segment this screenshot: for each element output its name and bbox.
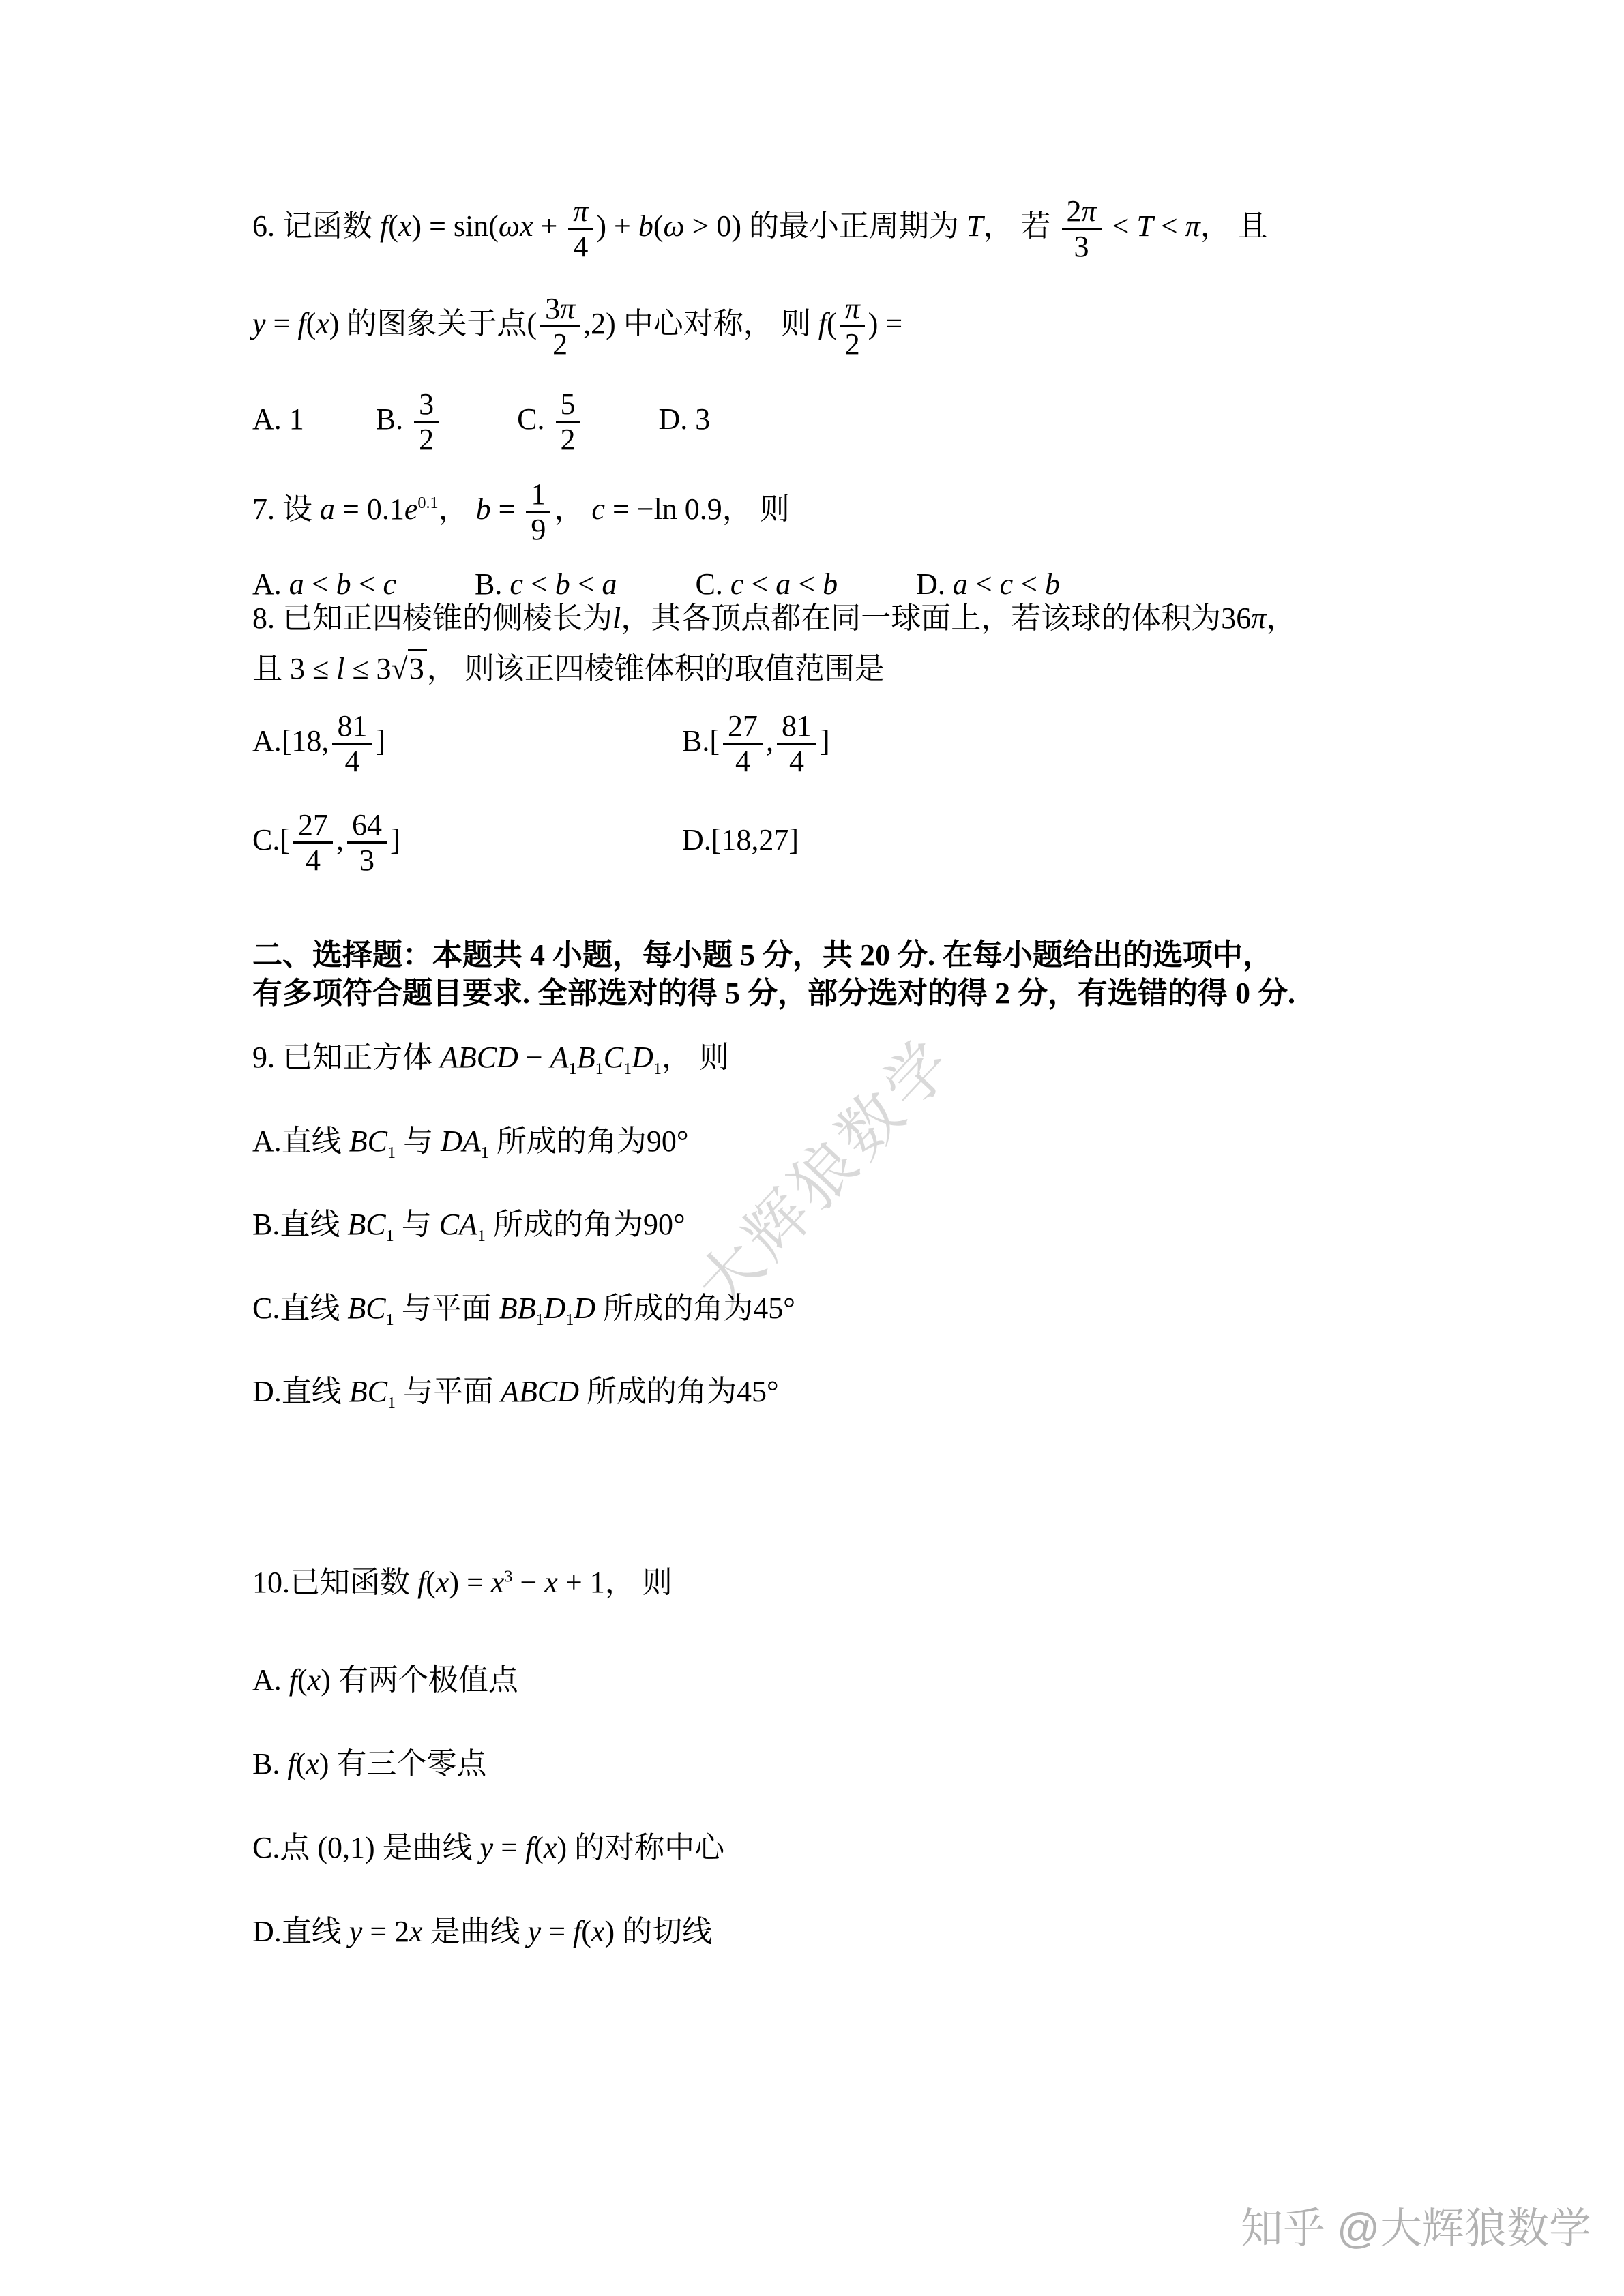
math-text: ， (1266, 601, 1296, 635)
math-text: ] (375, 724, 385, 758)
math-text: < (791, 567, 823, 601)
math-variable: y (349, 1915, 363, 1948)
question-8-line-2: 且 3 ≤ l ≤ 3√3， 则该正四棱锥体积的取值范围是 (252, 649, 885, 688)
fraction: 3π2 (540, 292, 580, 361)
math-variable: DA (441, 1124, 481, 1158)
fraction: π2 (840, 292, 865, 361)
math-variable: π (560, 292, 575, 325)
math-text: 3 (1074, 230, 1089, 263)
fraction: 643 (347, 808, 387, 878)
math-variable: CA (439, 1208, 477, 1241)
question-9-option-c: C.直线 BC1 与平面 BB1D1D 所成的角为45° (252, 1289, 795, 1328)
question-10-option-a: A. f(x) 有两个极值点 (252, 1660, 518, 1699)
math-variable: f (417, 1566, 426, 1599)
math-variable: a (953, 567, 968, 601)
question-8-option-d: D.[18,27] (682, 823, 799, 856)
fraction-denominator: 2 (540, 325, 580, 361)
math-text: A.直线 (252, 1124, 349, 1158)
fraction: 2π3 (1062, 194, 1102, 264)
math-variable: a (776, 567, 791, 601)
math-text: , (336, 823, 344, 856)
math-text: ) = (868, 307, 902, 340)
math-text: 2 (552, 327, 567, 361)
math-text: 3 (545, 292, 560, 325)
math-text: < (743, 567, 776, 601)
question-10-option-d: D.直线 y = 2x 是曲线 y = f(x) 的切线 (252, 1912, 712, 1951)
math-text: 与平面 (396, 1375, 501, 1408)
math-text: 4 (735, 745, 750, 778)
math-text: 10.已知函数 (252, 1566, 417, 1599)
math-text: < (1153, 209, 1185, 243)
superscript: 3 (504, 1567, 512, 1585)
math-text: ,2) 中心对称， 则 (583, 307, 818, 340)
math-text: = (541, 1915, 573, 1948)
math-variable: D (574, 1292, 595, 1325)
question-8-line-1: 8. 已知正四棱锥的侧棱长为l，其各顶点都在同一球面上，若该球的体积为36π， (252, 599, 1296, 638)
math-variable: D (544, 1292, 566, 1325)
radicand: 3 (408, 649, 427, 685)
math-text: A. 1 (252, 402, 304, 436)
math-variable: c (510, 567, 523, 601)
math-variable: π (1185, 209, 1200, 243)
question-8-options-row-2: C.[274,643]D.[18,27] (252, 808, 799, 878)
math-text: A. (252, 567, 289, 601)
math-text: ， (439, 492, 476, 526)
math-text: ( (426, 1566, 436, 1599)
math-text: 3 (419, 387, 434, 421)
math-variable: y (528, 1915, 542, 1948)
math-text: 81 (782, 709, 812, 743)
fraction-numerator: π (840, 292, 865, 325)
math-text: 与 (394, 1208, 439, 1241)
math-text: 4 (306, 844, 321, 877)
math-text: ( (388, 209, 398, 243)
fraction-denominator: 3 (1062, 228, 1102, 263)
fraction-numerator: 81 (332, 709, 372, 743)
subscript: 1 (386, 1311, 394, 1329)
question-7-options: A. a < b < cB. c < b < aC. c < a < bD. a… (252, 565, 1060, 603)
math-variable: x (520, 209, 533, 243)
subscript: 1 (386, 1227, 394, 1245)
subscript: 1 (481, 1144, 489, 1162)
question-8-option-c: C.[274,643] (252, 808, 682, 878)
question-10-option-b: B. f(x) 有三个零点 (252, 1744, 486, 1783)
math-text: 所成的角为45° (579, 1375, 779, 1408)
math-variable: ABCD (440, 1041, 518, 1074)
question-8-option-b: B.[274,814] (682, 724, 830, 758)
math-text: 与平面 (394, 1292, 499, 1325)
math-text: = 2 (362, 1915, 409, 1948)
math-text: = 0.1 (335, 492, 404, 526)
subscript: 1 (653, 1060, 662, 1078)
math-variable: f (573, 1915, 581, 1948)
question-8-options-row-1: A.[18,814]B.[274,814] (252, 709, 830, 779)
math-text: D. (916, 567, 953, 601)
math-text: ( (827, 307, 837, 340)
math-variable: l (336, 652, 344, 685)
math-variable: a (320, 492, 335, 526)
fraction-numerator: 64 (347, 808, 387, 841)
math-text: ) 的图象关于点( (329, 307, 537, 340)
math-text: = (493, 1831, 525, 1864)
math-variable: T (1136, 209, 1153, 243)
math-variable: BB (499, 1292, 536, 1325)
math-variable: π (845, 292, 860, 325)
superscript: 0.1 (417, 494, 438, 512)
math-text: D.直线 (252, 1915, 349, 1948)
fraction: 19 (526, 477, 550, 547)
math-variable: x (544, 1831, 557, 1864)
math-text: < (1013, 567, 1045, 601)
subscript: 1 (477, 1227, 486, 1245)
math-text: 2 (419, 423, 434, 456)
math-text: 2 (1067, 194, 1082, 228)
math-text: ) + (596, 209, 638, 243)
math-variable: b (336, 567, 351, 601)
math-text: 4 (344, 745, 359, 778)
math-variable: f (297, 307, 306, 340)
math-variable: π (1251, 601, 1266, 635)
footer-watermark: 知乎 @大辉狼数学 (1241, 2194, 1591, 2255)
fraction: 274 (723, 709, 763, 779)
math-text: ) 有三个零点 (319, 1747, 487, 1780)
math-text: 与 (396, 1124, 441, 1158)
fraction-denominator: 4 (568, 228, 593, 263)
math-text: 6. 记函数 (252, 209, 380, 243)
math-text: B.直线 (252, 1208, 347, 1241)
fraction-numerator: 3 (414, 387, 439, 421)
fraction-denominator: 2 (414, 421, 439, 456)
math-text: C.直线 (252, 1292, 347, 1325)
math-variable: c (730, 567, 744, 601)
math-variable: x (544, 1566, 558, 1599)
math-text: B. (376, 402, 411, 436)
math-variable: x (308, 1663, 321, 1697)
math-variable: BC (349, 1375, 387, 1408)
question-7-line-1: 7. 设 a = 0.1e0.1， b = 19， c = −ln 0.9， 则 (252, 477, 790, 547)
fraction-denominator: 4 (332, 743, 372, 778)
question-9-option-a: A.直线 BC1 与 DA1 所成的角为90° (252, 1122, 688, 1161)
subscript: 1 (595, 1060, 604, 1078)
math-text: 1 (531, 477, 546, 511)
math-text: D.直线 (252, 1375, 349, 1408)
math-text: ( (533, 1831, 544, 1864)
math-text: 7. 设 (252, 492, 320, 526)
math-variable: ω (499, 209, 520, 243)
fraction-numerator: 81 (777, 709, 816, 743)
math-variable: f (289, 1663, 297, 1697)
math-variable: π (573, 194, 588, 228)
math-text: 27 (728, 709, 758, 743)
math-variable: C (604, 1041, 623, 1074)
math-text: ] (390, 823, 400, 856)
question-9-option-b: B.直线 BC1 与 CA1 所成的角为90° (252, 1205, 685, 1244)
fraction: 814 (332, 709, 372, 779)
math-variable: a (602, 567, 617, 601)
math-text: 81 (337, 709, 367, 743)
math-text: B. (475, 567, 510, 601)
fraction-denominator: 2 (556, 421, 580, 456)
math-variable: x (398, 209, 412, 243)
subscript: 1 (387, 1394, 396, 1412)
math-text: A. (252, 1663, 289, 1697)
math-text: ( (653, 209, 664, 243)
section-2-header-line-2: 有多项符合题目要求. 全部选对的得 5 分，部分选对的得 2 分，有选错的得 0… (252, 974, 1295, 1013)
math-text: 4 (789, 745, 804, 778)
math-text: C.点 (0,1) 是曲线 (252, 1831, 480, 1864)
math-text: 2 (561, 423, 576, 456)
math-variable: y (252, 307, 266, 340)
math-text: − (518, 1041, 550, 1074)
math-text: 5 (561, 387, 576, 421)
fraction-numerator: 1 (526, 477, 550, 511)
math-variable: y (480, 1831, 494, 1864)
square-root: √3 (392, 649, 427, 685)
math-text: 9. 已知正方体 (252, 1041, 440, 1074)
math-variable: D (632, 1041, 653, 1074)
fraction-denominator: 3 (347, 841, 387, 877)
math-text: 且 3 ≤ (252, 652, 336, 685)
fraction-numerator: 5 (556, 387, 580, 421)
question-6-line-1: 6. 记函数 f(x) = sin(ωx + π4) + b(ω > 0) 的最… (252, 194, 1268, 264)
math-text: D.[18,27] (682, 823, 799, 856)
math-text: = −ln 0.9， 则 (605, 492, 790, 526)
math-text: 4 (573, 230, 588, 263)
question-6-line-2: y = f(x) 的图象关于点(3π2,2) 中心对称， 则 f(π2) = (252, 292, 902, 361)
fraction-numerator: π (568, 194, 593, 228)
math-text: 所成的角为90° (486, 1208, 685, 1241)
math-text: ≤ 3 (344, 652, 391, 685)
math-variable: f (818, 307, 827, 340)
fraction: 274 (293, 808, 333, 878)
math-variable: π (1082, 194, 1097, 228)
math-text: ， 若 (984, 209, 1059, 243)
exam-page: 大辉狼数学 6. 记函数 f(x) = sin(ωx + π4) + b(ω >… (0, 0, 1624, 2296)
math-variable: x (409, 1915, 423, 1948)
math-text: + (533, 209, 565, 243)
math-text: 2 (845, 327, 860, 361)
question-9-stem: 9. 已知正方体 ABCD − A1B1C1D1， 则 (252, 1038, 729, 1077)
math-text: − (513, 1566, 545, 1599)
math-text: 所成的角为45° (595, 1292, 795, 1325)
math-text: > 0) 的最小正周期为 (685, 209, 966, 243)
math-text: ) 的切线 (604, 1915, 712, 1948)
math-text: C.[ (252, 823, 290, 856)
math-text: = (266, 307, 298, 340)
subscript: 1 (623, 1060, 632, 1078)
subscript: 1 (569, 1060, 577, 1078)
math-text: B.[ (682, 724, 720, 758)
question-10-stem: 10.已知函数 f(x) = x3 − x + 1， 则 (252, 1563, 673, 1602)
fraction-numerator: 3π (540, 292, 580, 325)
fraction: 814 (777, 709, 816, 779)
math-text: ， (554, 492, 591, 526)
subscript: 1 (565, 1311, 574, 1329)
math-text: 64 (352, 808, 382, 841)
math-variable: e (404, 492, 418, 526)
math-text: ， 且 (1200, 209, 1268, 243)
math-variable: A (550, 1041, 569, 1074)
fraction-denominator: 4 (723, 743, 763, 778)
math-text: 27 (298, 808, 328, 841)
question-9-option-d: D.直线 BC1 与平面 ABCD 所成的角为45° (252, 1372, 779, 1411)
math-variable: f (380, 209, 388, 243)
math-variable: x (591, 1915, 605, 1948)
fraction-numerator: 27 (723, 709, 763, 743)
subscript: 1 (535, 1311, 544, 1329)
math-text: 是曲线 (423, 1915, 528, 1948)
question-6-options: A. 1B. 32C. 52D. 3 (252, 387, 710, 457)
math-variable: BC (349, 1124, 387, 1158)
math-text: 8. 已知正四棱锥的侧棱长为 (252, 601, 612, 635)
math-text: ( (306, 307, 316, 340)
math-text: ) 的对称中心 (557, 1831, 724, 1864)
math-text: , (766, 724, 773, 758)
fraction: 52 (556, 387, 580, 457)
math-text: C. (696, 567, 730, 601)
math-text: < (570, 567, 602, 601)
math-text: < (523, 567, 555, 601)
math-variable: c (383, 567, 396, 601)
radical-sign: √ (392, 652, 408, 685)
math-variable: b (476, 492, 491, 526)
math-variable: c (1000, 567, 1014, 601)
math-variable: ω (664, 209, 685, 243)
math-text: ( (581, 1915, 591, 1948)
math-variable: x (491, 1566, 505, 1599)
math-variable: T (966, 209, 983, 243)
fraction: 32 (414, 387, 439, 457)
math-text: ， 则 (662, 1041, 729, 1074)
math-variable: b (555, 567, 570, 601)
fraction: π4 (568, 194, 593, 264)
math-text: B. (252, 1747, 287, 1780)
math-text: ( (297, 1663, 308, 1697)
math-variable: f (525, 1831, 533, 1864)
math-text: < (1105, 209, 1137, 243)
math-text: ( (296, 1747, 306, 1780)
math-text: < (304, 567, 336, 601)
fraction-denominator: 4 (777, 743, 816, 778)
math-text: + 1， 则 (558, 1566, 673, 1599)
math-text: ，其各顶点都在同一球面上，若该球的体积为36 (621, 601, 1251, 635)
math-variable: l (612, 601, 621, 635)
fraction-numerator: 2π (1062, 194, 1102, 228)
fraction-denominator: 2 (840, 325, 865, 361)
math-text: < (968, 567, 1000, 601)
math-variable: x (306, 1747, 319, 1780)
math-variable: f (287, 1747, 295, 1780)
math-text: 3 (359, 844, 374, 877)
math-text: = (491, 492, 523, 526)
question-8-option-a: A.[18,814] (252, 709, 682, 779)
math-text: < (351, 567, 383, 601)
section-2-header-line-1: 二、选择题：本题共 4 小题，每小题 5 分，共 20 分. 在每小题给出的选项… (252, 936, 1273, 974)
math-text: 所成的角为90° (489, 1124, 689, 1158)
math-text: A.[18, (252, 724, 329, 758)
math-text: ) = (449, 1566, 490, 1599)
math-variable: c (591, 492, 605, 526)
subscript: 1 (387, 1144, 396, 1162)
math-variable: BC (347, 1208, 385, 1241)
math-variable: BC (347, 1292, 385, 1325)
fraction-numerator: 27 (293, 808, 333, 841)
math-text: 9 (531, 513, 546, 546)
math-variable: b (638, 209, 653, 243)
math-text: ) 有两个极值点 (321, 1663, 518, 1697)
math-variable: a (289, 567, 304, 601)
math-variable: x (316, 307, 329, 340)
math-text: D. 3 (659, 402, 711, 436)
math-text: ， 则该正四棱锥体积的取值范围是 (427, 652, 885, 685)
fraction-denominator: 9 (526, 511, 550, 546)
math-text: ) = sin( (411, 209, 498, 243)
math-variable: B (577, 1041, 595, 1074)
question-10-option-c: C.点 (0,1) 是曲线 y = f(x) 的对称中心 (252, 1828, 724, 1867)
math-variable: x (436, 1566, 449, 1599)
math-text: ] (820, 724, 830, 758)
math-variable: b (1045, 567, 1060, 601)
math-variable: b (823, 567, 838, 601)
math-text: C. (517, 402, 552, 436)
math-variable: ABCD (501, 1375, 579, 1408)
fraction-denominator: 4 (293, 841, 333, 877)
